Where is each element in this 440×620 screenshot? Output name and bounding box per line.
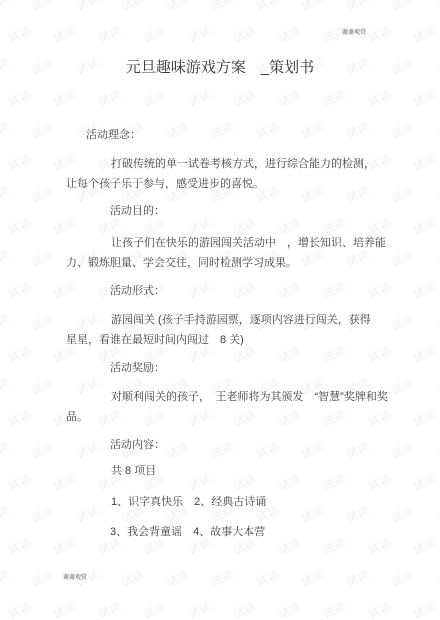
trial-watermark: 试读: [164, 118, 192, 142]
trial-watermark: 试读: [411, 598, 439, 620]
trial-watermark: 试读: [366, 406, 394, 430]
trial-watermark: 试读: [231, 470, 259, 494]
trial-watermark: 试读: [96, 598, 124, 620]
trial-watermark: 试读: [29, 246, 57, 270]
trial-watermark: 试读: [366, 22, 394, 46]
trial-watermark: 试读: [299, 0, 327, 14]
para-format-line-2: 星星，看谁在最短时间内闯过 8 关): [66, 333, 244, 347]
trial-watermark: 试读: [74, 310, 102, 334]
trial-watermark: 试读: [0, 118, 12, 142]
trial-watermark: 试读: [186, 214, 214, 238]
trial-watermark: 试读: [411, 534, 439, 558]
para-reward-line-2: 品。: [66, 410, 88, 424]
trial-watermark: 试读: [231, 598, 259, 620]
trial-watermark: 试读: [344, 438, 372, 462]
trial-watermark: 试读: [74, 0, 102, 14]
trial-watermark: 试读: [434, 566, 440, 590]
trial-watermark: 试读: [0, 374, 12, 398]
trial-watermark: 试读: [321, 342, 349, 366]
trial-watermark: 试读: [366, 86, 394, 110]
trial-watermark: 试读: [411, 150, 439, 174]
trial-watermark: 试读: [344, 118, 372, 142]
trial-watermark: 试读: [344, 182, 372, 206]
trial-watermark: 试读: [186, 22, 214, 46]
trial-watermark: 试读: [321, 534, 349, 558]
trial-watermark: 试读: [231, 22, 259, 46]
trial-watermark: 试读: [366, 470, 394, 494]
trial-watermark: 试读: [434, 438, 440, 462]
trial-watermark: 试读: [321, 470, 349, 494]
trial-watermark: 试读: [321, 278, 349, 302]
trial-watermark: 试读: [299, 566, 327, 590]
trial-watermark: 试读: [411, 406, 439, 430]
trial-watermark: 试读: [434, 118, 440, 142]
trial-watermark: 试读: [434, 182, 440, 206]
trial-watermark: 试读: [96, 22, 124, 46]
trial-watermark: 试读: [141, 598, 169, 620]
trial-watermark: 试读: [366, 278, 394, 302]
trial-watermark: 试读: [0, 438, 12, 462]
trial-watermark: 试读: [0, 182, 12, 206]
trial-watermark: 试读: [29, 438, 57, 462]
para-purpose-line-1: 让孩子们在快乐的游园闯关活动中 ，增长知识、培养能: [111, 236, 386, 250]
trial-watermark: 试读: [344, 502, 372, 526]
para-concept-line-2: 让每个孩子乐于参与，感受进步的喜悦。: [66, 177, 264, 191]
trial-watermark: 试读: [299, 438, 327, 462]
trial-watermark: 试读: [389, 502, 417, 526]
trial-watermark: 试读: [344, 0, 372, 14]
trial-watermark: 试读: [389, 438, 417, 462]
trial-watermark: 试读: [389, 566, 417, 590]
trial-watermark: 试读: [29, 118, 57, 142]
trial-watermark: 试读: [0, 566, 12, 590]
trial-watermark: 试读: [434, 374, 440, 398]
trial-watermark: 试读: [276, 406, 304, 430]
trial-watermark: 试读: [209, 0, 237, 14]
trial-watermark: 试读: [366, 214, 394, 238]
trial-watermark: 试读: [411, 86, 439, 110]
thanks-note-bottom-left: 谢谢观赏: [63, 572, 87, 581]
trial-watermark: 试读: [29, 182, 57, 206]
trial-watermark: 试读: [74, 438, 102, 462]
trial-watermark: 试读: [51, 86, 79, 110]
trial-watermark: 试读: [434, 246, 440, 270]
trial-watermark: 试读: [321, 86, 349, 110]
para-purpose-line-2: 力、锻炼胆量、学会交往，同时检测学习成果。: [66, 256, 297, 270]
trial-watermark: 试读: [186, 406, 214, 430]
trial-watermark: 试读: [231, 278, 259, 302]
heading-activity-content: 活动内容：: [110, 438, 165, 452]
trial-watermark: 试读: [434, 502, 440, 526]
heading-activity-concept: 活动理念：: [86, 128, 141, 142]
trial-watermark: 试读: [276, 214, 304, 238]
trial-watermark: 试读: [321, 214, 349, 238]
trial-watermark: 试读: [0, 310, 12, 334]
trial-watermark: 试读: [389, 0, 417, 14]
trial-watermark: 试读: [276, 278, 304, 302]
trial-watermark: 试读: [434, 0, 440, 14]
trial-watermark: 试读: [6, 406, 34, 430]
trial-watermark: 试读: [6, 86, 34, 110]
content-count-line: 共 8 项目: [111, 464, 156, 478]
para-format-line-1: 游园闯关 (孩子手持游园票，逐项内容进行闯关，获得: [111, 313, 371, 327]
trial-watermark: 试读: [411, 470, 439, 494]
trial-watermark: 试读: [321, 598, 349, 620]
trial-watermark: 试读: [119, 566, 147, 590]
trial-watermark: 试读: [74, 374, 102, 398]
trial-watermark: 试读: [366, 534, 394, 558]
trial-watermark: 试读: [434, 310, 440, 334]
trial-watermark: 试读: [96, 86, 124, 110]
trial-watermark: 试读: [6, 342, 34, 366]
trial-watermark: 试读: [29, 374, 57, 398]
trial-watermark: 试读: [276, 22, 304, 46]
trial-watermark: 试读: [6, 150, 34, 174]
content-items-line-1: 1、识字真快乐 2、经典古诗诵: [111, 495, 266, 509]
trial-watermark: 试读: [209, 118, 237, 142]
trial-watermark: 试读: [276, 342, 304, 366]
trial-watermark: 试读: [119, 0, 147, 14]
document-title: 元旦趣味游戏方案 _策划书: [0, 56, 440, 77]
trial-watermark: 试读: [299, 118, 327, 142]
trial-watermark: 试读: [74, 502, 102, 526]
trial-watermark: 试读: [164, 438, 192, 462]
trial-watermark: 试读: [29, 502, 57, 526]
trial-watermark: 试读: [141, 406, 169, 430]
trial-watermark: 试读: [321, 406, 349, 430]
trial-watermark: 试读: [254, 566, 282, 590]
trial-watermark: 试读: [186, 598, 214, 620]
trial-watermark: 试读: [231, 214, 259, 238]
trial-watermark: 试读: [51, 22, 79, 46]
trial-watermark: 试读: [6, 470, 34, 494]
trial-watermark: 试读: [389, 182, 417, 206]
trial-watermark: 试读: [276, 86, 304, 110]
content-items-line-2: 3、我会背童谣 4、故事大本营: [110, 525, 265, 539]
trial-watermark: 试读: [344, 566, 372, 590]
trial-watermark: 试读: [299, 182, 327, 206]
trial-watermark: 试读: [389, 310, 417, 334]
trial-watermark: 试读: [411, 278, 439, 302]
heading-activity-purpose: 活动目的：: [110, 204, 165, 218]
document-page: 试读试读试读试读试读试读试读试读试读试读试读试读试读试读试读试读试读试读试读试读…: [0, 0, 440, 620]
trial-watermark: 试读: [51, 278, 79, 302]
para-concept-line-1: 打破传统的单一试卷考核方式，进行综合能力的检测，: [111, 157, 375, 171]
trial-watermark: 试读: [141, 86, 169, 110]
trial-watermark: 试读: [254, 0, 282, 14]
trial-watermark: 试读: [366, 598, 394, 620]
trial-watermark: 试读: [51, 598, 79, 620]
trial-watermark: 试读: [276, 534, 304, 558]
trial-watermark: 试读: [254, 118, 282, 142]
trial-watermark: 试读: [366, 342, 394, 366]
trial-watermark: 试读: [164, 566, 192, 590]
trial-watermark: 试读: [231, 86, 259, 110]
trial-watermark: 试读: [51, 534, 79, 558]
trial-watermark: 试读: [411, 342, 439, 366]
trial-watermark: 试读: [141, 22, 169, 46]
trial-watermark: 试读: [186, 278, 214, 302]
trial-watermark: 试读: [0, 246, 12, 270]
trial-watermark: 试读: [51, 150, 79, 174]
heading-activity-reward: 活动奖励：: [110, 361, 165, 375]
trial-watermark: 试读: [299, 502, 327, 526]
trial-watermark: 试读: [254, 438, 282, 462]
trial-watermark: 试读: [29, 310, 57, 334]
trial-watermark: 试读: [231, 406, 259, 430]
trial-watermark: 试读: [186, 470, 214, 494]
trial-watermark: 试读: [6, 534, 34, 558]
trial-watermark: 试读: [0, 502, 12, 526]
trial-watermark: 试读: [51, 470, 79, 494]
trial-watermark: 试读: [411, 22, 439, 46]
trial-watermark: 试读: [276, 598, 304, 620]
trial-watermark: 试读: [0, 0, 12, 14]
trial-watermark: 试读: [6, 22, 34, 46]
trial-watermark: 试读: [164, 0, 192, 14]
thanks-note-top-right: 谢谢观赏: [342, 27, 366, 36]
trial-watermark: 试读: [6, 598, 34, 620]
trial-watermark: 试读: [186, 86, 214, 110]
trial-watermark: 试读: [6, 278, 34, 302]
trial-watermark: 试读: [29, 0, 57, 14]
trial-watermark: 试读: [389, 118, 417, 142]
trial-watermark: 试读: [209, 566, 237, 590]
trial-watermark: 试读: [276, 470, 304, 494]
trial-watermark: 试读: [29, 566, 57, 590]
trial-watermark: 试读: [411, 214, 439, 238]
trial-watermark: 试读: [51, 214, 79, 238]
para-reward-line-1: 对顺利闯关的孩子， 王老师将为其颁发 “智慧”奖牌和奖: [111, 390, 388, 404]
trial-watermark: 试读: [96, 406, 124, 430]
trial-watermark: 试读: [389, 246, 417, 270]
trial-watermark: 试读: [209, 438, 237, 462]
heading-activity-format: 活动形式：: [110, 284, 165, 298]
trial-watermark: 试读: [389, 374, 417, 398]
trial-watermark: 试读: [6, 214, 34, 238]
